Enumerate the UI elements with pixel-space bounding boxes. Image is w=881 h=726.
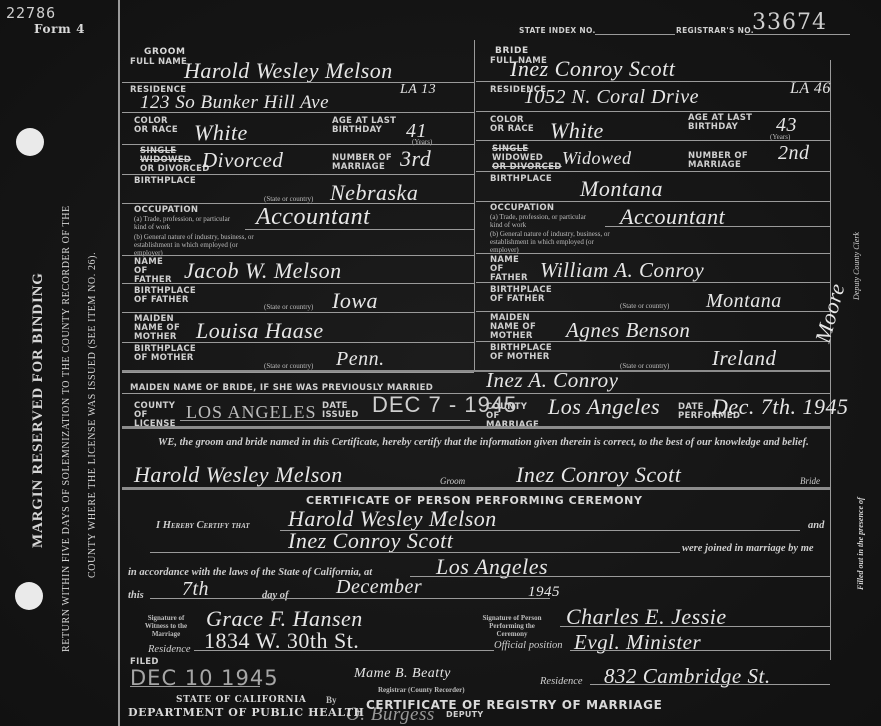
registrar-no: 33674 xyxy=(752,10,827,35)
rule xyxy=(605,226,830,227)
groom-occupation-label: OCCUPATION xyxy=(134,206,198,215)
groom-occupation-a-hint: (a) Trade, profession, or particular kin… xyxy=(134,215,244,231)
rule xyxy=(122,255,474,256)
bride-residence: 1052 N. Coral Drive xyxy=(524,86,699,109)
rule xyxy=(410,576,830,577)
and-label: and xyxy=(808,520,824,531)
footer-state: STATE OF CALIFORNIA xyxy=(176,695,306,705)
groom-residence: 123 So Bunker Hill Ave xyxy=(140,92,329,114)
bride-age-label: AGE AT LAST BIRTHDAY xyxy=(688,114,758,132)
certification-statement: WE, the groom and bride named in this Ce… xyxy=(128,435,828,450)
bride-father: William A. Conroy xyxy=(540,258,704,283)
center-divider xyxy=(474,40,475,370)
filled-out-in-presence-label: Filled out in the presence of xyxy=(856,497,865,590)
ceremony-name2: Inez Conroy Scott xyxy=(288,528,453,554)
rule xyxy=(476,311,830,312)
bride-father-birthplace-label: BIRTHPLACE OF FATHER xyxy=(490,286,560,304)
county-marriage: Los Angeles xyxy=(548,394,660,420)
rule xyxy=(476,201,830,202)
by-label: By xyxy=(326,696,337,704)
rule xyxy=(122,283,474,284)
groom-marriage-no: 3rd xyxy=(400,146,431,172)
witness-label: Signature of Witness to the Marriage xyxy=(138,614,194,638)
bride-marriage-no-label: NUMBER OF MARRIAGE xyxy=(688,152,748,170)
groom-heading: GROOM xyxy=(144,47,186,57)
rule xyxy=(476,341,830,342)
bride-father-birthplace-hint: (State or country) xyxy=(620,302,669,310)
registrar-no-line xyxy=(745,34,850,35)
bride-mother: Agnes Benson xyxy=(566,318,690,343)
officiant-label: Signature of Person Performing the Cerem… xyxy=(474,614,550,638)
bride-residence-note: LA 46 xyxy=(790,80,831,98)
joined-text: were joined in marriage by me xyxy=(682,543,814,554)
deputy-county-clerk-label: Deputy County Clerk xyxy=(852,232,861,300)
groom-age-label: AGE AT LAST BIRTHDAY xyxy=(332,117,402,135)
groom-father: Jacob W. Melson xyxy=(184,258,342,284)
rule xyxy=(130,686,260,687)
groom-birthplace-label: BIRTHPLACE xyxy=(134,177,196,186)
officiant-residence-label: Residence xyxy=(540,676,583,687)
bride-color-label: COLOR OR RACE xyxy=(490,116,540,134)
groom-marriage-no-label: NUMBER OF MARRIAGE xyxy=(332,154,392,172)
bride-occupation-b-hint: (b) General nature of industry, business… xyxy=(490,230,620,254)
bride-father-birthplace: Montana xyxy=(706,290,782,313)
rule xyxy=(150,598,550,599)
officiant-position: Evgl. Minister xyxy=(574,630,701,655)
bride-birthplace-label: BIRTHPLACE xyxy=(490,175,552,184)
day-of-label: day of xyxy=(262,590,289,601)
bride-occupation-label: OCCUPATION xyxy=(490,204,554,213)
footer-department: DEPARTMENT OF PUBLIC HEALTH xyxy=(128,706,364,719)
rule xyxy=(122,174,474,175)
binding-hole-bottom xyxy=(15,582,43,610)
rule xyxy=(476,111,830,112)
bride-marriage-no: 2nd xyxy=(778,142,810,165)
position-label: Official position xyxy=(494,640,563,651)
certify-text: I Hereby Certify that xyxy=(156,520,250,531)
marriage-certificate: 22786 Form 4 MARGIN RESERVED FOR BINDING… xyxy=(0,0,881,726)
margin-instructions-line1: RETURN WITHIN FIVE DAYS OF SOLEMNIZATION… xyxy=(61,205,72,652)
section-rule xyxy=(122,426,830,429)
groom-father-label: NAME OF FATHER xyxy=(134,258,176,285)
groom-occupation-b-hint: (b) General nature of industry, business… xyxy=(134,233,264,257)
witness-residence-label: Residence xyxy=(148,644,191,655)
groom-birthplace-hint: (State or country) xyxy=(264,195,313,203)
state-index-label: STATE INDEX NO. xyxy=(519,26,596,35)
groom-full-name: Harold Wesley Melson xyxy=(184,58,393,84)
officiant-residence: 832 Cambridge St. xyxy=(604,664,771,689)
registrar-no-label: REGISTRAR'S NO. xyxy=(676,26,754,35)
bride-mother-birthplace-label: BIRTHPLACE OF MOTHER xyxy=(490,344,560,362)
bride-signature-label: Bride xyxy=(800,476,820,486)
rule xyxy=(122,372,474,373)
bride-full-name: Inez Conroy Scott xyxy=(510,56,675,82)
rule xyxy=(122,312,474,313)
margin-instructions-line2: COUNTY WHERE THE LICENSE WAS ISSUED (SEE… xyxy=(87,252,98,578)
rule xyxy=(150,552,680,553)
bride-mother-label: MAIDEN NAME OF MOTHER xyxy=(490,314,540,341)
rule xyxy=(122,144,474,145)
binding-hole-top xyxy=(16,128,44,156)
groom-mother-birthplace-hint: (State or country) xyxy=(264,362,313,370)
rule xyxy=(476,282,830,283)
groom-signature-label: Groom xyxy=(440,476,465,486)
rule xyxy=(476,171,830,172)
rule xyxy=(476,140,830,141)
groom-full-name-label: FULL NAME xyxy=(130,58,187,67)
this-label: this xyxy=(128,590,144,601)
ceremony-month: December xyxy=(336,576,422,599)
registrar-label: Registrar (County Recorder) xyxy=(378,686,465,694)
frame-left-border xyxy=(118,0,120,726)
groom-father-birthplace-label: BIRTHPLACE OF FATHER xyxy=(134,287,204,305)
groom-color-label: COLOR OR RACE xyxy=(134,117,184,135)
groom-mother-birthplace-label: BIRTHPLACE OF MOTHER xyxy=(134,345,204,363)
groom-mother: Louisa Haase xyxy=(196,318,324,344)
groom-father-birthplace-hint: (State or country) xyxy=(264,303,313,311)
form-number: Form 4 xyxy=(34,22,85,36)
groom-signature: Harold Wesley Melson xyxy=(134,462,343,488)
bride-mother-birthplace-hint: (State or country) xyxy=(620,362,669,370)
groom-residence-note: LA 13 xyxy=(400,82,436,98)
groom-color: White xyxy=(194,120,248,146)
rule xyxy=(194,650,494,651)
registrar-signature: Mame B. Beatty xyxy=(354,666,451,682)
county-license-label: COUNTY OF LICENSE xyxy=(134,402,184,429)
rule xyxy=(476,81,830,82)
rule xyxy=(122,342,474,343)
section-rule xyxy=(122,487,830,490)
bride-father-label: NAME OF FATHER xyxy=(490,256,532,283)
bride-occupation-a-hint: (a) Trade, profession, or particular kin… xyxy=(490,213,600,229)
groom-status-divorced: OR DIVORCED xyxy=(140,165,210,174)
bride-mother-birthplace: Ireland xyxy=(712,346,777,371)
date-performed: Dec. 7th. 1945 xyxy=(712,394,849,420)
bride-status: Widowed xyxy=(562,148,632,169)
groom-father-birthplace: Iowa xyxy=(332,288,378,314)
deputy-clerk-signature: Moore xyxy=(810,280,851,345)
bride-maiden-name: Inez A. Conroy xyxy=(486,368,618,393)
rule xyxy=(590,684,830,685)
groom-mother-label: MAIDEN NAME OF MOTHER xyxy=(134,315,184,342)
groom-occupation: Accountant xyxy=(256,204,370,231)
bride-heading: BRIDE xyxy=(495,46,529,56)
rule xyxy=(570,650,830,651)
groom-mother-birthplace: Penn. xyxy=(336,348,385,371)
groom-status: Divorced xyxy=(202,148,283,173)
section-rule xyxy=(122,370,830,372)
footer-certificate-title: CERTIFICATE OF REGISTRY OF MARRIAGE xyxy=(366,698,662,712)
state-index-line xyxy=(595,34,675,35)
right-border xyxy=(830,60,831,660)
margin-binding-label: MARGIN RESERVED FOR BINDING xyxy=(30,272,47,548)
rule xyxy=(245,229,474,230)
rule xyxy=(476,253,830,254)
bride-birthplace: Montana xyxy=(580,176,663,202)
date-issued-label: DATE ISSUED xyxy=(322,402,362,420)
bride-signature: Inez Conroy Scott xyxy=(516,462,681,488)
rule xyxy=(122,112,474,113)
rule xyxy=(560,626,830,627)
rule xyxy=(180,420,470,421)
document-number: 22786 xyxy=(6,4,56,22)
